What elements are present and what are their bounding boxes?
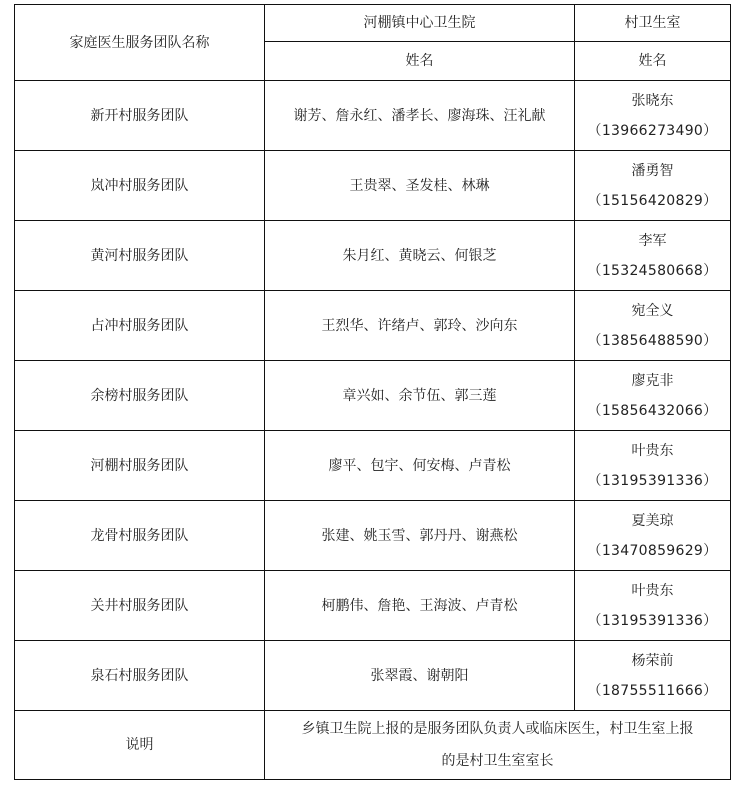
village-doctor-cell: 叶贵东（13195391336）	[575, 431, 731, 501]
village-doctor-phone: （15324580668）	[579, 256, 726, 286]
village-doctor-phone: （15156420829）	[579, 186, 726, 216]
team-name-cell: 占冲村服务团队	[15, 291, 265, 361]
table-row: 新开村服务团队 谢芳、詹永红、潘孝长、廖海珠、汪礼献 张晓东（139662734…	[15, 81, 731, 151]
table-row: 黄河村服务团队 朱月红、黄晓云、何银芝 李军（15324580668）	[15, 221, 731, 291]
members-cell: 王烈华、许绪卢、郭玲、沙向东	[265, 291, 575, 361]
family-doctor-team-table: 家庭医生服务团队名称 河棚镇中心卫生院 村卫生室 姓名 姓名 新开村服务团队 谢…	[14, 4, 731, 780]
village-doctor-name: 宛全义	[579, 296, 726, 326]
members-cell: 柯鹏伟、詹艳、王海波、卢青松	[265, 571, 575, 641]
village-doctor-phone: （13195391336）	[579, 466, 726, 496]
township-hospital-header: 河棚镇中心卫生院	[265, 5, 575, 42]
village-doctor-name: 李军	[579, 226, 726, 256]
village-doctor-name: 叶贵东	[579, 576, 726, 606]
village-doctor-phone: （13856488590）	[579, 326, 726, 356]
header-row-1: 家庭医生服务团队名称 河棚镇中心卫生院 村卫生室	[15, 5, 731, 42]
village-doctor-name: 夏美琼	[579, 506, 726, 536]
village-doctor-name: 叶贵东	[579, 436, 726, 466]
members-cell: 谢芳、詹永红、潘孝长、廖海珠、汪礼献	[265, 81, 575, 151]
village-doctor-name: 廖克非	[579, 366, 726, 396]
village-doctor-name: 张晓东	[579, 86, 726, 116]
village-clinic-header: 村卫生室	[575, 5, 731, 42]
village-doctor-phone: （13470859629）	[579, 536, 726, 566]
team-name-cell: 岚冲村服务团队	[15, 151, 265, 221]
team-name-cell: 河棚村服务团队	[15, 431, 265, 501]
members-cell: 张建、姚玉雪、郭丹丹、谢燕松	[265, 501, 575, 571]
team-name-cell: 关井村服务团队	[15, 571, 265, 641]
village-name-subheader: 姓名	[575, 42, 731, 81]
note-label: 说明	[15, 711, 265, 780]
team-name-cell: 余榜村服务团队	[15, 361, 265, 431]
village-doctor-cell: 叶贵东（13195391336）	[575, 571, 731, 641]
village-doctor-phone: （13966273490）	[579, 116, 726, 146]
table-row: 泉石村服务团队 张翠霞、谢朝阳 杨荣前（18755511666）	[15, 641, 731, 711]
note-line-1: 乡镇卫生院上报的是服务团队负责人或临床医生，村卫生室上报	[269, 713, 726, 745]
table-row: 岚冲村服务团队 王贵翠、圣发桂、林琳 潘勇智（15156420829）	[15, 151, 731, 221]
note-line-2: 的是村卫生室室长	[269, 745, 726, 777]
village-doctor-cell: 宛全义（13856488590）	[575, 291, 731, 361]
note-row: 说明 乡镇卫生院上报的是服务团队负责人或临床医生，村卫生室上报的是村卫生室室长	[15, 711, 731, 780]
team-name-cell: 黄河村服务团队	[15, 221, 265, 291]
members-cell: 廖平、包宇、何安梅、卢青松	[265, 431, 575, 501]
table-row: 占冲村服务团队 王烈华、许绪卢、郭玲、沙向东 宛全义（13856488590）	[15, 291, 731, 361]
village-doctor-cell: 张晓东（13966273490）	[575, 81, 731, 151]
members-cell: 王贵翠、圣发桂、林琳	[265, 151, 575, 221]
village-doctor-cell: 廖克非（15856432066）	[575, 361, 731, 431]
village-doctor-name: 杨荣前	[579, 646, 726, 676]
members-cell: 张翠霞、谢朝阳	[265, 641, 575, 711]
table-row: 河棚村服务团队 廖平、包宇、何安梅、卢青松 叶贵东（13195391336）	[15, 431, 731, 501]
township-name-subheader: 姓名	[265, 42, 575, 81]
village-doctor-cell: 杨荣前（18755511666）	[575, 641, 731, 711]
table-row: 关井村服务团队 柯鹏伟、詹艳、王海波、卢青松 叶贵东（13195391336）	[15, 571, 731, 641]
note-content: 乡镇卫生院上报的是服务团队负责人或临床医生，村卫生室上报的是村卫生室室长	[265, 711, 731, 780]
team-name-cell: 泉石村服务团队	[15, 641, 265, 711]
village-doctor-phone: （13195391336）	[579, 606, 726, 636]
team-name-header: 家庭医生服务团队名称	[15, 5, 265, 81]
village-doctor-cell: 李军（15324580668）	[575, 221, 731, 291]
village-doctor-name: 潘勇智	[579, 156, 726, 186]
team-name-cell: 龙骨村服务团队	[15, 501, 265, 571]
table-row: 余榜村服务团队 章兴如、余节伍、郭三莲 廖克非（15856432066）	[15, 361, 731, 431]
village-doctor-cell: 潘勇智（15156420829）	[575, 151, 731, 221]
members-cell: 朱月红、黄晓云、何银芝	[265, 221, 575, 291]
village-doctor-phone: （15856432066）	[579, 396, 726, 426]
village-doctor-cell: 夏美琼（13470859629）	[575, 501, 731, 571]
members-cell: 章兴如、余节伍、郭三莲	[265, 361, 575, 431]
table-row: 龙骨村服务团队 张建、姚玉雪、郭丹丹、谢燕松 夏美琼（13470859629）	[15, 501, 731, 571]
village-doctor-phone: （18755511666）	[579, 676, 726, 706]
team-name-cell: 新开村服务团队	[15, 81, 265, 151]
